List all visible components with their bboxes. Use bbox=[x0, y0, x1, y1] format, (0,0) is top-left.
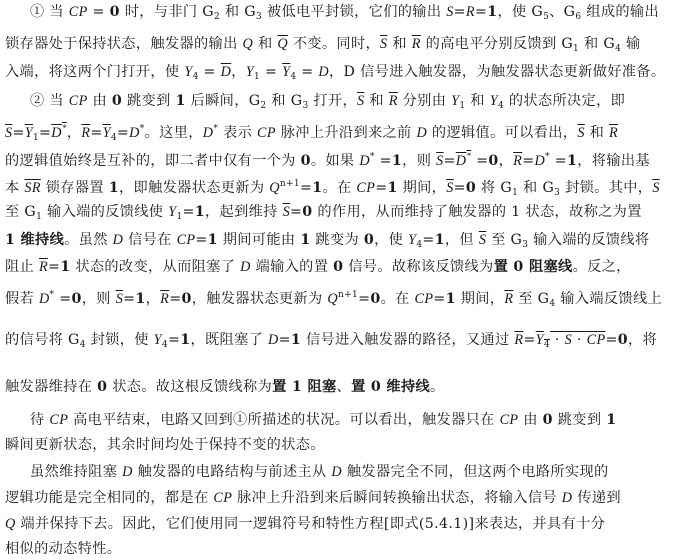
document-page: ① 当 CP = 0 时，与非门 G2 和 G3 被低电平封锁，它们的输出 S=… bbox=[0, 0, 682, 560]
text-line: 逻辑功能是完全相同的，都是在 CP 脉冲上升沿到来后瞬间转换输出状态，将输入信号… bbox=[5, 488, 677, 508]
text-line: S=Y1=D*，R=Y4=D*。这里，D* 表示 CP 脉冲上升沿到来之前 D … bbox=[5, 118, 677, 148]
text-line: ② 当 CP 由 0 跳变到 1 后瞬间，G2 和 G3 打开，S 和 R 分别… bbox=[30, 91, 677, 116]
text-line: 至 G1 输入端的反馈线使 Y1=1，起到维持 S=0 的作用，从而维持了触发器… bbox=[5, 202, 677, 227]
text-line: 瞬间更新状态，其余时间均处于保持不变的状态。 bbox=[5, 435, 677, 455]
text-line: 的逻辑值始终是互补的，即二者中仅有一个为 0。如果 D* =1，则 S=D* =… bbox=[5, 146, 677, 171]
text-line: 1 维持线。虽然 D 信号在 CP=1 期间可能由 1 跳变为 0，使 Y4=1… bbox=[5, 230, 677, 255]
text-line: 的信号将 G4 封锁，使 Y4=1，既阻塞了 D=1 信号进入触发器的路径，又通… bbox=[5, 330, 677, 355]
text-line: 虽然维持阻塞 D 触发器的电路结构与前述主从 D 触发器完全不同，但这两个电路所… bbox=[30, 462, 677, 482]
text-line: 本 SR 锁存器置 1，即触发器状态更新为 Qn+1=1。在 CP=1 期间，S… bbox=[5, 174, 677, 203]
text-line: 入端，将这两个门打开，使 Y4 = D，Y1 = Y4 = D，D 信号进入触发… bbox=[5, 62, 677, 87]
text-line: Q 端并保持下去。因此，它们使用同一逻辑符号和特性方程[即式(5.4.1)]来表… bbox=[5, 514, 677, 534]
text-line: 阻止 R=1 状态的改变，从而阻塞了 D 端输入的置 0 信号。故称该反馈线为置… bbox=[5, 257, 677, 277]
text-line: 假若 D* =0，则 S=1，R=0，触发器状态更新为 Qn+1=0。在 CP=… bbox=[5, 285, 677, 314]
text-line: 锁存器处于保持状态，触发器的输出 Q 和 Q 不变。同时，S 和 R 的高电平分… bbox=[5, 34, 677, 59]
text-line: 相似的动态特性。 bbox=[5, 539, 677, 559]
text-line: 触发器维持在 0 状态。故这根反馈线称为置 1 阻塞、置 0 维持线。 bbox=[5, 377, 677, 397]
text-line: 待 CP 高电平结束，电路又回到①所描述的状况。可以看出，触发器只在 CP 由 … bbox=[30, 410, 677, 430]
text-line: ① 当 CP = 0 时，与非门 G2 和 G3 被低电平封锁，它们的输出 S=… bbox=[30, 2, 677, 27]
